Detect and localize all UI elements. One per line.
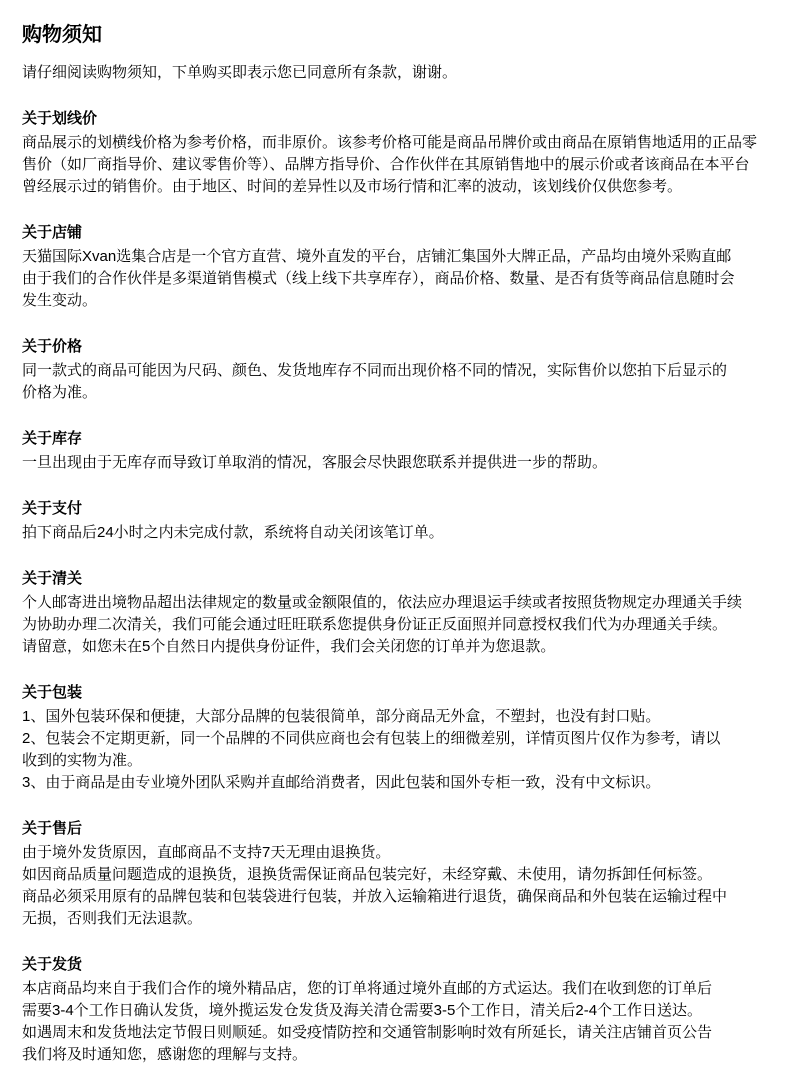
section-heading: 关于库存 (22, 428, 768, 450)
section-heading: 关于支付 (22, 498, 768, 520)
section-body: 天猫国际Xvan选集合店是一个官方直营、境外直发的平台，店铺汇集国外大牌正品，产… (22, 246, 768, 312)
section-heading: 关于店铺 (22, 222, 768, 244)
section-heading: 关于包装 (22, 682, 768, 704)
section-heading: 关于售后 (22, 818, 768, 840)
section-heading: 关于价格 (22, 336, 768, 358)
section-stock: 关于库存 一旦出现由于无库存而导致订单取消的情况，客服会尽快跟您联系并提供进一步… (22, 428, 768, 474)
section-body: 个人邮寄进出境物品超出法律规定的数量或金额限值的，依法应办理退运手续或者按照货物… (22, 592, 768, 658)
section-heading: 关于划线价 (22, 108, 768, 130)
section-packaging: 关于包装 1、国外包装环保和便捷，大部分品牌的包装很简单，部分商品无外盒，不塑封… (22, 682, 768, 794)
section-body: 同一款式的商品可能因为尺码、颜色、发货地库存不同而出现价格不同的情况，实际售价以… (22, 360, 768, 404)
section-strikethrough-price: 关于划线价 商品展示的划横线价格为参考价格，而非原价。该参考价格可能是商品吊牌价… (22, 108, 768, 198)
shopping-notice-page: 购物须知 请仔细阅读购物须知，下单购买即表示您已同意所有条款，谢谢。 关于划线价… (0, 0, 790, 1085)
section-body: 1、国外包装环保和便捷，大部分品牌的包装很简单，部分商品无外盒，不塑封，也没有封… (22, 706, 768, 794)
section-body: 本店商品均来自于我们合作的境外精品店，您的订单将通过境外直邮的方式运达。我们在收… (22, 978, 768, 1066)
intro-text: 请仔细阅读购物须知，下单购买即表示您已同意所有条款，谢谢。 (22, 62, 768, 84)
section-body: 商品展示的划横线价格为参考价格，而非原价。该参考价格可能是商品吊牌价或由商品在原… (22, 132, 768, 198)
section-body: 一旦出现由于无库存而导致订单取消的情况，客服会尽快跟您联系并提供进一步的帮助。 (22, 452, 768, 474)
section-body: 由于境外发货原因，直邮商品不支持7天无理由退换货。 如因商品质量问题造成的退换货… (22, 842, 768, 930)
section-body: 拍下商品后24小时之内未完成付款，系统将自动关闭该笔订单。 (22, 522, 768, 544)
section-heading: 关于发货 (22, 954, 768, 976)
section-payment: 关于支付 拍下商品后24小时之内未完成付款，系统将自动关闭该笔订单。 (22, 498, 768, 544)
section-price: 关于价格 同一款式的商品可能因为尺码、颜色、发货地库存不同而出现价格不同的情况，… (22, 336, 768, 404)
section-heading: 关于清关 (22, 568, 768, 590)
section-customs: 关于清关 个人邮寄进出境物品超出法律规定的数量或金额限值的，依法应办理退运手续或… (22, 568, 768, 658)
page-title: 购物须知 (22, 22, 768, 48)
section-shipping: 关于发货 本店商品均来自于我们合作的境外精品店，您的订单将通过境外直邮的方式运达… (22, 954, 768, 1066)
section-store: 关于店铺 天猫国际Xvan选集合店是一个官方直营、境外直发的平台，店铺汇集国外大… (22, 222, 768, 312)
section-aftersale: 关于售后 由于境外发货原因，直邮商品不支持7天无理由退换货。 如因商品质量问题造… (22, 818, 768, 930)
